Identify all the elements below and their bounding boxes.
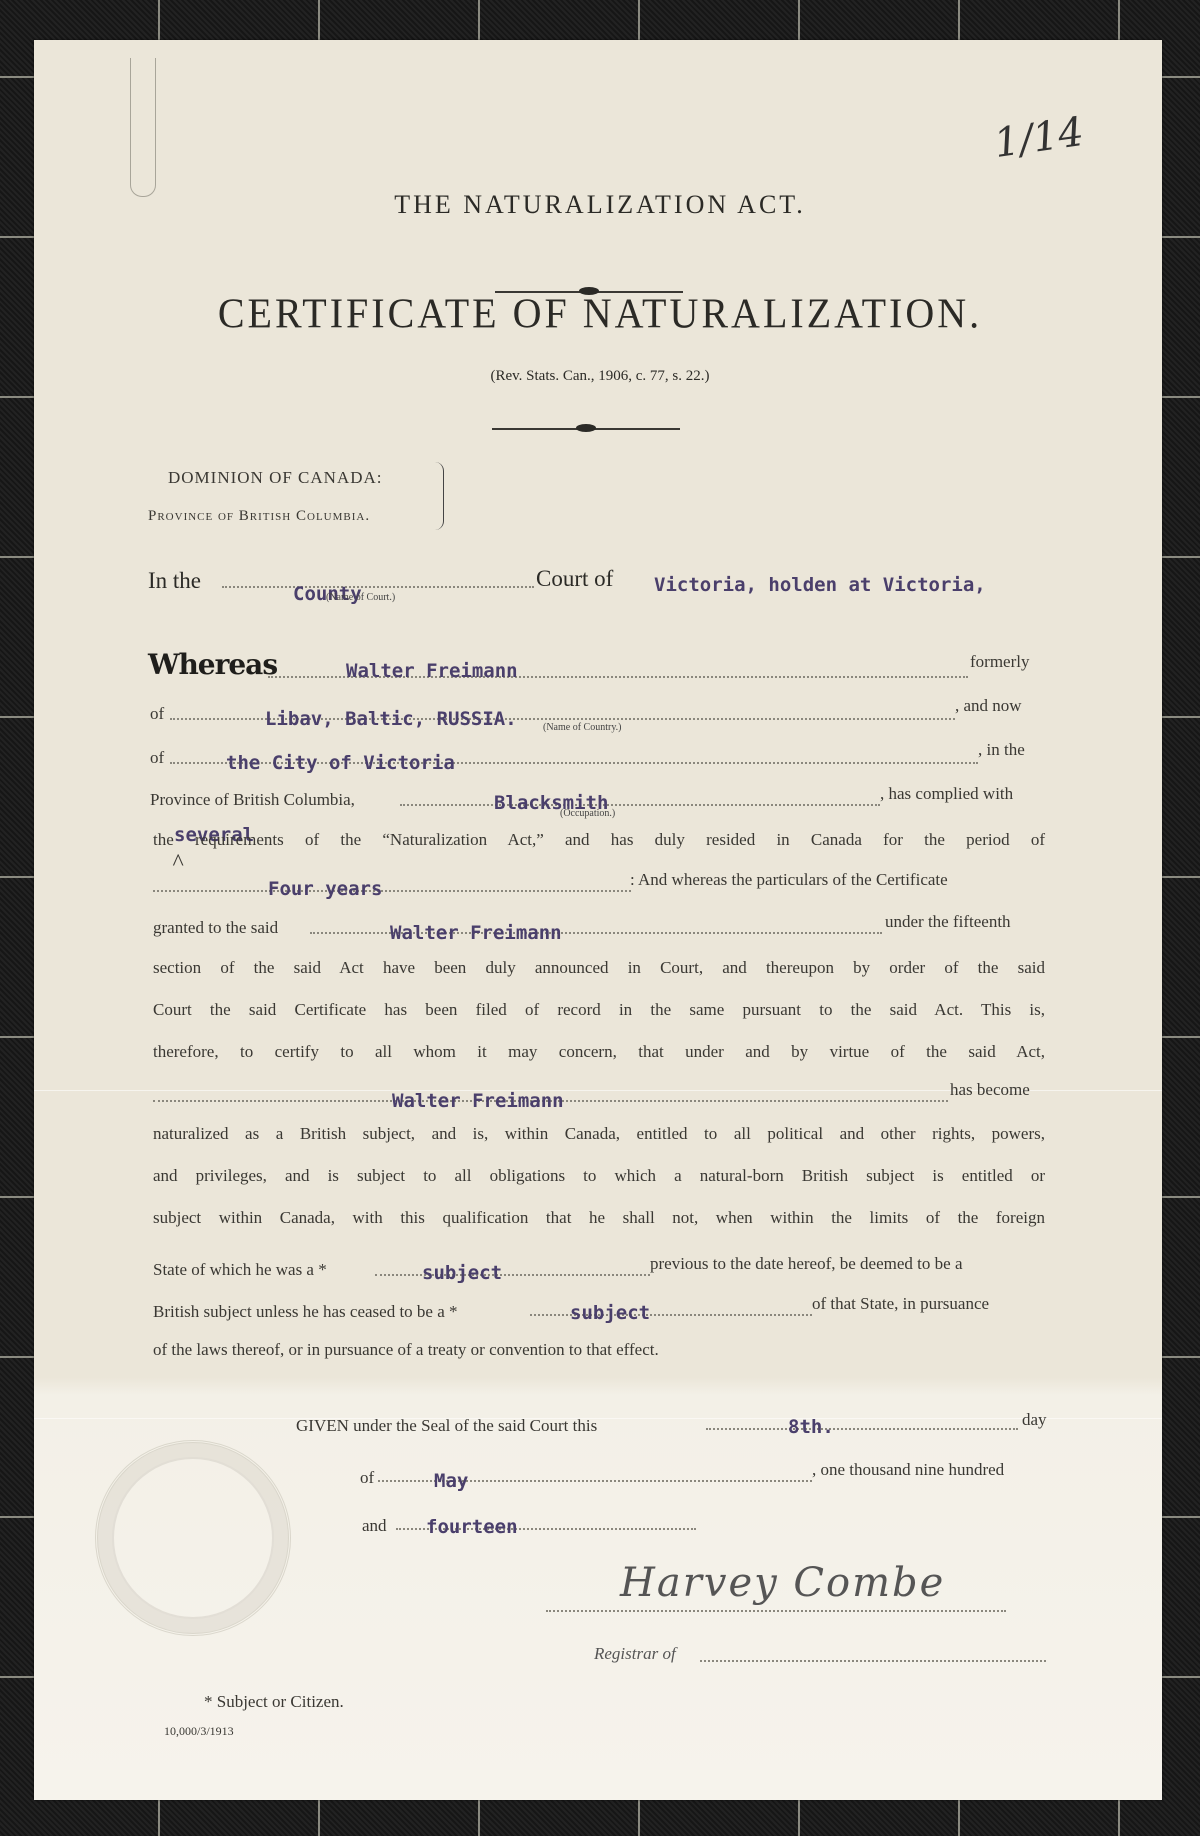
brace [435,462,444,530]
complied-label: , has complied with [880,784,1013,804]
of-label: of [150,748,164,768]
of-that-state-text: of that State, in pursuance [812,1294,989,1314]
residence-period-value: Four years [268,878,382,900]
in-the-label: In the [148,568,201,594]
statute-reference: (Rev. Stats. Can., 1906, c. 77, s. 22.) [0,368,1200,385]
occupation-caption: (Occupation.) [560,808,615,819]
day-label: day [1022,1410,1047,1430]
court-caption: (Name of Court.) [326,592,395,603]
footnote: * Subject or Citizen. [204,1692,344,1712]
requirements-line: the requirements of the “Naturalization … [153,830,1045,850]
section-line: section of the said Act have been duly a… [153,958,1045,978]
paperclip-mark [130,58,156,197]
registrar-signature: Harvey Combe [620,1560,945,1606]
ceased-status-value: subject [570,1302,650,1324]
whereas-heading: Whereas [148,648,277,681]
embossed-seal [95,1440,291,1636]
registrar-label: Registrar of [594,1644,676,1664]
dotted-line [153,890,631,892]
certified-name: Walter Freimann [392,1090,564,1112]
given-prefix: GIVEN under the Seal of the said Court t… [296,1416,597,1436]
year-text: , one thousand nine hundred [812,1460,1004,1480]
dotted-line [222,586,534,588]
and-now-label: , and now [955,696,1022,716]
day-value: 8th. [788,1416,834,1438]
province-label: Province of British Columbia. [148,508,370,525]
dotted-line [375,1274,650,1276]
signature-line [546,1610,1006,1612]
previous-text: previous to the date hereof, be deemed t… [650,1254,962,1274]
province-text: Province of British Columbia, [150,790,355,810]
granted-label: granted to the said [153,918,278,938]
particulars-text: : And whereas the particulars of the Cer… [630,870,948,890]
in-the-label: , in the [978,740,1025,760]
court-of-label: Court of [536,566,613,592]
ornament-divider [492,428,680,430]
country-value: Libav, Baltic, RUSSIA. [265,708,517,730]
fold-line [34,1418,1162,1419]
state-prefix: State of which he was a * [153,1260,327,1280]
caret-mark: ^ [172,850,182,877]
laws-line: of the laws thereof, or in pursuance of … [153,1340,659,1360]
subject-within-line: subject within Canada, with this qualifi… [153,1208,1045,1228]
british-prefix: British subject unless he has ceased to … [153,1302,458,1322]
of-month-label: of [360,1468,374,1488]
therefore-line: therefore, to certify to all whom it may… [153,1042,1045,1062]
formerly-label: formerly [970,652,1029,672]
page-number: 1/14 [991,109,1086,167]
print-code: 10,000/3/1913 [164,1724,234,1739]
naturalized-line: naturalized as a British subject, and is… [153,1124,1045,1144]
act-title: THE NATURALIZATION ACT. [0,190,1200,220]
dotted-line [400,804,880,806]
court-location-value: Victoria, holden at Victoria, [654,574,986,596]
certificate-title: CERTIFICATE OF NATURALIZATION. [0,289,1200,338]
and-label: and [362,1516,387,1536]
applicant-name: Walter Freimann [346,660,518,682]
granted-name: Walter Freimann [390,922,562,944]
court-line: Court the said Certificate has been file… [153,1000,1045,1020]
dotted-line [706,1428,1018,1430]
year-value: fourteen [426,1516,518,1538]
country-caption: (Name of Country.) [543,722,622,733]
has-become-label: has become [950,1080,1030,1100]
privileges-line: and privileges, and is subject to all ob… [153,1166,1045,1186]
month-value: May [434,1470,468,1492]
former-status-value: subject [422,1262,502,1284]
dotted-line [700,1660,1046,1662]
dominion-label: DOMINION OF CANADA: [168,468,383,488]
of-label: of [150,704,164,724]
fifteenth-label: under the fifteenth [885,912,1011,932]
residence-value: the City of Victoria [226,752,455,774]
